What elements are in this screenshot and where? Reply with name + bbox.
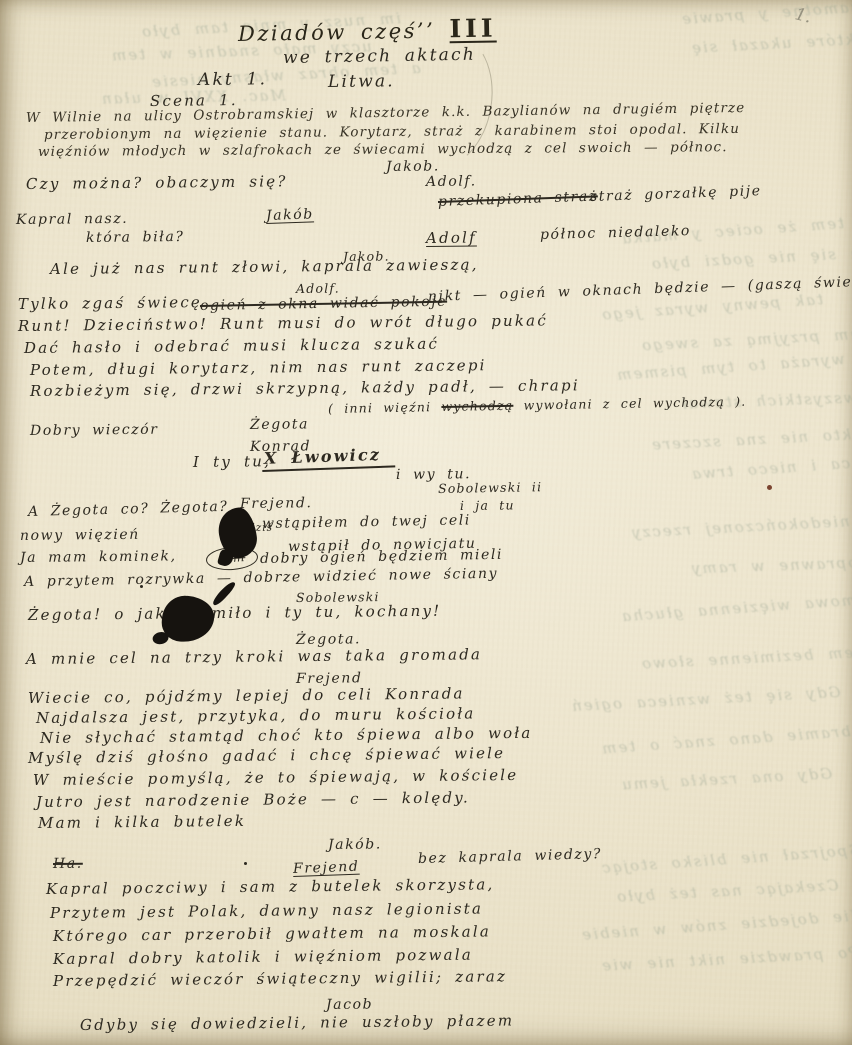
dialogue-line: Kapral poczciwy i sam z butelek skorzyst… bbox=[46, 877, 495, 897]
bleedthrough-text: Nie dojedzie znów w niebie bbox=[580, 908, 852, 943]
strikethrough-text: ogień z okna widać pokoje bbox=[200, 295, 447, 313]
manuscript-page: im nusz y mnie tam było uczy mało snadni… bbox=[0, 0, 852, 1045]
ink-speck bbox=[140, 585, 143, 588]
dialogue-line: Rozbieżym się, drzwi skrzypną, każdy pad… bbox=[30, 378, 580, 399]
dialogue-line: północ niedaleko bbox=[540, 224, 691, 242]
bleedthrough-text: niech go tam przyjmą za swego bbox=[640, 321, 852, 353]
dialogue-line: która biła? bbox=[86, 230, 185, 245]
bleedthrough-text: tu mowa więzienna głucha bbox=[620, 591, 852, 625]
dialogue-line: Kapral dobry katolik i więźniom pozwala bbox=[53, 948, 473, 967]
bleedthrough-text: Czekając nas też było bbox=[615, 878, 839, 905]
dialogue-line: i ja tu bbox=[460, 499, 515, 512]
dialogue-line: Czy można? obaczym się? bbox=[26, 174, 288, 192]
dialogue-line: Runt! Dzieciństwo! Runt musi do wrót dłu… bbox=[18, 313, 548, 334]
dialogue-line: bez kaprala wiedzy? bbox=[418, 847, 602, 866]
page-number: 1. bbox=[793, 4, 814, 27]
speaker-label: Jakob. bbox=[386, 159, 440, 174]
bleedthrough-text: y wam się nie godzi było bbox=[650, 243, 852, 272]
bleedthrough-text: Spojrzał nie blisko stojąc bbox=[600, 843, 852, 876]
strikethrough-text: przekupiona straż bbox=[438, 189, 598, 209]
speaker-label: Frejend. bbox=[240, 496, 313, 511]
dialogue-line: Ja mam kominek, bbox=[20, 549, 177, 565]
dialogue-line: dobry ogień będziem mieli bbox=[260, 548, 503, 566]
ink-blot bbox=[160, 594, 215, 644]
speaker-label: Jakób bbox=[266, 207, 314, 223]
dialogue-line: Tylko zgaś świecę bbox=[18, 295, 202, 312]
bleedthrough-text: Gdy się też wznieca ogień bbox=[570, 685, 841, 714]
dialogue-line: Gdyby się dowiedzieli, nie uszłoby płaze… bbox=[80, 1013, 514, 1033]
manuscript-title: Dziadów częś’’ III bbox=[238, 15, 497, 45]
speaker-label: Adolf. bbox=[296, 283, 340, 296]
dialogue-line: Nie słychać stamtąd choć kto śpiewa albo… bbox=[40, 726, 533, 746]
speaker-label: Jacob bbox=[326, 998, 373, 1012]
bleedthrough-text: w bramie dano znać o tem bbox=[600, 722, 852, 756]
ink-speck bbox=[244, 862, 247, 865]
dialogue-line: Mam i kilka butelek bbox=[38, 814, 246, 831]
dialogue-line: Najdalsza jest, przytyka, do muru kościo… bbox=[36, 706, 476, 726]
speaker-label: Żegota. bbox=[296, 632, 361, 647]
act-label: Akt 1. bbox=[198, 71, 267, 89]
place-label: Litwa. bbox=[328, 73, 395, 91]
dialogue-line: wstąpiłem do twej celi bbox=[262, 513, 471, 531]
stage-direction: więźniów młodych w szlafrokach ze świeca… bbox=[38, 141, 728, 159]
stage-direction-part: ( inni więźni bbox=[328, 399, 442, 416]
dialogue-line: A mnie cel na trzy kroki was taka gromad… bbox=[26, 647, 482, 667]
strikethrough-text: Ha. bbox=[53, 857, 83, 871]
dialogue-line: Żegota! o jak że miło i ty tu, kochany! bbox=[28, 604, 441, 623]
dialogue-line: Potem, długi korytarz, nim nas runt zacz… bbox=[30, 358, 487, 378]
dialogue-line: Którego car przerobił gwałtem na moskala bbox=[53, 924, 491, 944]
speaker-label: Jakób. bbox=[328, 837, 382, 852]
speaker-label: Żegota bbox=[250, 417, 309, 432]
bleedthrough-text: to oprawne w ramy bbox=[690, 555, 852, 577]
speaker-label: Adolf. bbox=[426, 174, 477, 189]
dialogue-line: W mieście pomyślą, że to śpiewają, w koś… bbox=[33, 768, 519, 788]
bleedthrough-text: w które ukazał się bbox=[690, 31, 852, 56]
ink-speck bbox=[767, 485, 772, 490]
speaker-label: X Łwowicz bbox=[262, 446, 396, 472]
subtitle: we trzech aktach bbox=[283, 47, 476, 67]
dialogue-line: Ale już nas runt złowi, kaprala zawieszą… bbox=[50, 258, 479, 277]
dialogue-line: Dobry wieczór bbox=[30, 423, 159, 438]
speaker-label: Adolf bbox=[426, 230, 477, 246]
bleedthrough-text: samotne y prawie bbox=[680, 0, 852, 27]
bleedthrough-text: wyraża to tym pismem bbox=[615, 352, 845, 383]
strikethrough-text: wychodzą bbox=[441, 398, 513, 414]
dialogue-line: Jutro jest narodzenie Boże — c — kolędy. bbox=[36, 790, 470, 810]
dialogue-line: nowy więzień bbox=[20, 528, 140, 543]
dialogue-line: Kapral nasz. bbox=[16, 212, 128, 227]
speaker-label: Sobolewski ii bbox=[438, 481, 542, 495]
bleedthrough-text: niedokończonej rzeczy bbox=[630, 514, 850, 540]
dialogue-line: Myślę dziś głośno gadać i chcę śpiewać w… bbox=[28, 746, 505, 766]
bleedthrough-text: dusza wraca i nieco trwa bbox=[690, 449, 852, 482]
dialogue-line: Dać hasło i odebrać musi klucza szukać bbox=[24, 337, 439, 356]
dialogue-line: I ty tu, bbox=[193, 454, 271, 470]
dialogue-line: Przepędzić wieczór świąteczny wigilii; z… bbox=[53, 969, 507, 989]
dialogue-line: Przytem jest Polak, dawny nasz legionist… bbox=[50, 901, 483, 921]
dialogue-line: A Żegota co? Żegota? bbox=[28, 500, 229, 519]
bleedthrough-text: o kto nie zna szczere bbox=[650, 426, 852, 453]
title-numeral: III bbox=[449, 13, 497, 43]
speaker-label: Frejend bbox=[293, 860, 360, 876]
bleedthrough-text: Za tem bezimienne słowo bbox=[640, 643, 852, 671]
bleedthrough-text: Po prawdzie nikt nie wie bbox=[600, 945, 852, 974]
dialogue-line: A przytem rozrywka — dobrze widzieć nowe… bbox=[24, 567, 498, 589]
dialogue-line: Wiecie co, pójdźmy lepiej do celi Konrad… bbox=[28, 686, 465, 706]
title-text: Dziadów częś’’ bbox=[238, 19, 436, 46]
speaker-label: Frejend bbox=[296, 671, 363, 686]
bleedthrough-text: Gdy ona rzekła jemu bbox=[620, 766, 833, 792]
dialogue-line: straż gorzałkę pije bbox=[590, 184, 762, 204]
